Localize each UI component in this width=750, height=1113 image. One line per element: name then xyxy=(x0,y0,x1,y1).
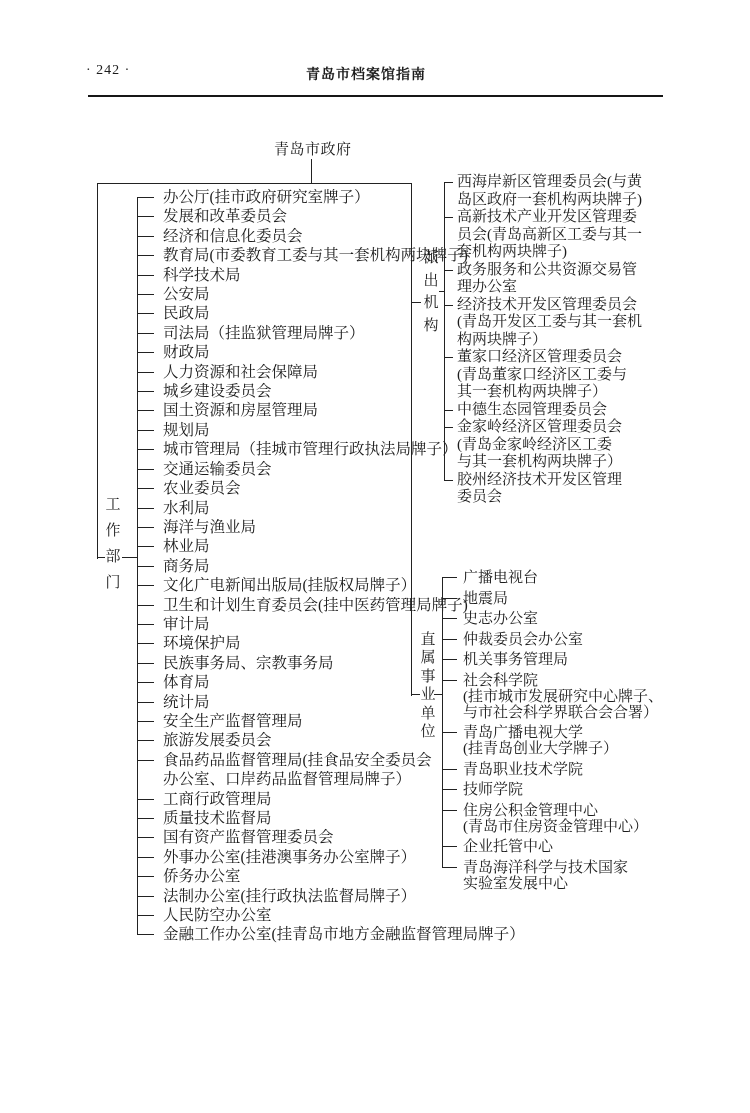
org-unit: 社会科学院(挂市城市发展研究中心牌子、与市社会科学界联合会合署） xyxy=(442,673,692,721)
branch-tick xyxy=(137,799,154,800)
org-unit: 高新技术产业开发区管理委员会(青岛高新区工委与其一套机构两块牌子) xyxy=(444,209,694,262)
org-unit-line: 西海岸新区管理委员会(与黄 xyxy=(457,174,694,192)
connector-root-stem xyxy=(311,159,312,183)
branch-tick xyxy=(442,769,457,770)
org-unit: 青岛广播电视大学(挂青岛创业大学牌子） xyxy=(442,725,692,757)
branch-tick xyxy=(137,352,154,353)
branch-bracket-line xyxy=(444,182,445,480)
org-unit-line: 构两块牌子） xyxy=(457,332,694,350)
org-unit: 林业局 xyxy=(137,537,557,556)
branch-tick xyxy=(137,585,154,586)
org-unit-line: 仲裁委员会办公室 xyxy=(463,632,692,648)
branch-tick xyxy=(137,837,154,838)
branch-tick xyxy=(442,732,457,733)
connector-left-outer-vertical xyxy=(97,183,98,559)
branch-tick xyxy=(137,682,154,683)
branch-tick xyxy=(137,216,154,217)
branch-bracket-line xyxy=(442,577,443,867)
connector-top-horizontal xyxy=(97,183,412,184)
branch-tick xyxy=(137,876,154,877)
branch-tick xyxy=(137,740,154,741)
branch-tick xyxy=(137,255,154,256)
branch-tick xyxy=(137,546,154,547)
branch-tick xyxy=(444,305,453,306)
org-unit-line: (青岛董家口经济区工委与 xyxy=(457,367,694,385)
branch-tick xyxy=(137,663,154,664)
branch-tick xyxy=(442,810,457,811)
branch-tick xyxy=(444,217,453,218)
header-rule xyxy=(88,95,663,97)
org-unit: 仲裁委员会办公室 xyxy=(442,632,692,648)
org-unit-line: 人民防空办公室 xyxy=(163,906,557,925)
branch-tick xyxy=(137,934,154,935)
org-unit-line: 员会(青岛高新区工委与其一 xyxy=(457,227,694,245)
org-unit: 海洋与渔业局 xyxy=(137,518,557,537)
branch-tick xyxy=(137,721,154,722)
branch-tick xyxy=(444,480,453,481)
branch-tick xyxy=(137,760,154,761)
branch-tick xyxy=(137,702,154,703)
root-node: 青岛市政府 xyxy=(274,138,352,159)
org-unit-line: 海洋与渔业局 xyxy=(163,518,557,537)
branch-bracket-line xyxy=(137,197,138,934)
org-unit-line: 青岛职业技术学院 xyxy=(463,762,692,778)
org-unit-line: 技师学院 xyxy=(463,782,692,798)
branch-tick xyxy=(442,659,457,660)
branch-tick xyxy=(137,915,154,916)
org-unit-line: (挂青岛创业大学牌子） xyxy=(463,741,692,757)
branch-tick xyxy=(137,818,154,819)
org-unit: 人民防空办公室 xyxy=(137,906,557,925)
branch-tick xyxy=(137,449,154,450)
document-title: 青岛市档案馆指南 xyxy=(306,64,426,84)
org-unit-line: 其一套机构两块牌子） xyxy=(457,384,694,402)
org-unit-line: 胶州经济技术开发区管理 xyxy=(457,472,694,490)
org-unit-line: 董家口经济区管理委员会 xyxy=(457,349,694,367)
org-unit-line: 青岛海洋科学与技术国家 xyxy=(463,860,692,876)
branch-tick xyxy=(137,896,154,897)
org-unit-line: 经济技术开发区管理委员会 xyxy=(457,297,694,315)
org-unit: 广播电视台 xyxy=(442,570,692,586)
branch-tick xyxy=(442,598,457,599)
branch-tick xyxy=(137,275,154,276)
scanned-book-page: · 242 · 青岛市档案馆指南 青岛市政府 工作部门 派出机构 直属事业单位 … xyxy=(0,0,750,1113)
org-unit-line: 金家岭经济区管理委员会 xyxy=(457,419,694,437)
org-unit-line: 中德生态园管理委员会 xyxy=(457,402,694,420)
org-unit: 金家岭经济区管理委员会(青岛金家岭经济区工委与其一套机构两块牌子） xyxy=(444,419,694,472)
org-unit: 机关事务管理局 xyxy=(442,652,692,668)
org-unit-line: (青岛开发区工委与其一套机 xyxy=(457,314,694,332)
org-unit: 地震局 xyxy=(442,591,692,607)
org-unit-line: 住房公积金管理中心 xyxy=(463,803,692,819)
branch-tick xyxy=(442,846,457,847)
org-unit-line: 实验室发展中心 xyxy=(463,876,692,892)
org-unit-line: 社会科学院 xyxy=(463,673,692,689)
branch-tick xyxy=(442,789,457,790)
org-unit-line: 与其一套机构两块牌子） xyxy=(457,454,694,472)
org-unit-line: 套机构两块牌子) xyxy=(457,244,694,262)
branch-tick xyxy=(137,236,154,237)
org-unit-line: 林业局 xyxy=(163,537,557,556)
connector-work-label-dash xyxy=(122,557,137,558)
branch-tick xyxy=(137,430,154,431)
branch-tick xyxy=(442,618,457,619)
org-unit: 政务服务和公共资源交易管理办公室 xyxy=(444,262,694,297)
branch-tick xyxy=(137,643,154,644)
org-unit-line: 政务服务和公共资源交易管 xyxy=(457,262,694,280)
org-unit-line: 金融工作办公室(挂青岛市地方金融监督管理局牌子） xyxy=(163,925,557,944)
branch-tick xyxy=(442,867,457,868)
org-unit: 中德生态园管理委员会 xyxy=(444,402,694,420)
branch-tick xyxy=(137,488,154,489)
branch-tick xyxy=(137,857,154,858)
org-unit-line: 岛区政府一套机构两块牌子) xyxy=(457,192,694,210)
branch-tick xyxy=(444,357,453,358)
branch-tick xyxy=(442,639,457,640)
branch-tick xyxy=(442,680,457,681)
branch-tick xyxy=(137,313,154,314)
branch-tick xyxy=(137,197,154,198)
branch-tick xyxy=(137,605,154,606)
org-unit-line: (青岛金家岭经济区工委 xyxy=(457,437,694,455)
org-unit-line: 地震局 xyxy=(463,591,692,607)
org-unit: 西海岸新区管理委员会(与黄岛区政府一套机构两块牌子) xyxy=(444,174,694,209)
org-unit-line: 与市社会科学界联合会合署） xyxy=(463,705,692,721)
group-direct-institutions: 广播电视台地震局史志办公室仲裁委员会办公室机关事务管理局社会科学院(挂市城市发展… xyxy=(442,570,692,896)
branch-tick xyxy=(137,624,154,625)
branch-tick xyxy=(137,566,154,567)
org-unit: 胶州经济技术开发区管理委员会 xyxy=(444,472,694,507)
org-unit: 技师学院 xyxy=(442,782,692,798)
org-unit-line: 理办公室 xyxy=(457,279,694,297)
org-unit: 企业托管中心 xyxy=(442,839,692,855)
org-unit-line: 史志办公室 xyxy=(463,611,692,627)
branch-tick xyxy=(137,372,154,373)
org-unit: 金融工作办公室(挂青岛市地方金融监督管理局牌子） xyxy=(137,925,557,944)
branch-tick xyxy=(137,410,154,411)
org-unit-line: 高新技术产业开发区管理委 xyxy=(457,209,694,227)
branch-tick xyxy=(444,427,453,428)
branch-tick xyxy=(137,294,154,295)
org-unit: 住房公积金管理中心(青岛市住房资金管理中心） xyxy=(442,803,692,835)
org-unit-line: (青岛市住房资金管理中心） xyxy=(463,819,692,835)
org-unit-line: 青岛广播电视大学 xyxy=(463,725,692,741)
page-number: · 242 · xyxy=(86,63,130,79)
org-unit: 董家口经济区管理委员会(青岛董家口经济区工委与其一套机构两块牌子） xyxy=(444,349,694,402)
branch-tick xyxy=(137,391,154,392)
branch-tick xyxy=(137,333,154,334)
org-unit-line: 委员会 xyxy=(457,489,694,507)
org-unit: 青岛海洋科学与技术国家实验室发展中心 xyxy=(442,860,692,892)
org-unit: 经济技术开发区管理委员会(青岛开发区工委与其一套机构两块牌子） xyxy=(444,297,694,350)
branch-tick xyxy=(137,527,154,528)
group-label-work-departments: 工作部门 xyxy=(104,492,122,596)
branch-tick xyxy=(137,469,154,470)
org-unit-line: 机关事务管理局 xyxy=(463,652,692,668)
org-unit-line: 企业托管中心 xyxy=(463,839,692,855)
org-unit-line: (挂市城市发展研究中心牌子、 xyxy=(463,689,692,705)
branch-tick xyxy=(444,410,453,411)
branch-tick xyxy=(442,577,457,578)
group-dispatched-agencies: 西海岸新区管理委员会(与黄岛区政府一套机构两块牌子)高新技术产业开发区管理委员会… xyxy=(444,174,694,507)
branch-tick xyxy=(444,270,453,271)
org-unit: 史志办公室 xyxy=(442,611,692,627)
org-unit-line: 广播电视台 xyxy=(463,570,692,586)
branch-tick xyxy=(444,182,453,183)
branch-tick xyxy=(137,508,154,509)
org-unit: 青岛职业技术学院 xyxy=(442,762,692,778)
